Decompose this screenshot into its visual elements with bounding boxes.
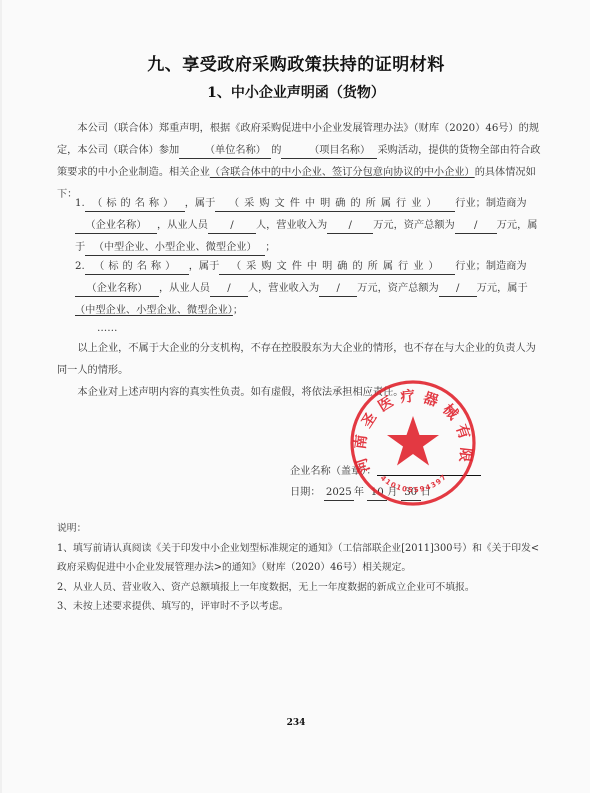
company-blank: （企业名称） — [75, 282, 159, 297]
page-subtitle: 1、中小企业声明函（货物） — [2, 82, 590, 102]
assets-blank: / — [455, 219, 497, 234]
revenue-blank: / — [319, 282, 357, 297]
industry-suffix: 行业；制造商为 — [455, 198, 526, 209]
star-icon — [387, 416, 439, 466]
revenue-blank: / — [327, 219, 373, 234]
size-blank: （中型企业、小型企业、微型企业） — [75, 305, 233, 316]
industry-blank: （采购文件中明确的所属行业） — [215, 197, 455, 212]
staff-unit: 人，营业收入为 — [256, 220, 327, 231]
industry-blank: （采购文件中明确的所属行业） — [219, 260, 455, 275]
note-item: 3、未按上述要求提供、填写的，评审时不予以考虑。 — [57, 597, 545, 617]
subject-blank: （标的名称） — [85, 197, 185, 212]
staff-unit: 人，营业收入为 — [248, 283, 319, 294]
item-index: 2. — [75, 261, 85, 272]
item-end: ； — [265, 242, 275, 253]
unit-name-blank: （单位名称） — [179, 144, 271, 159]
item-index: 1. — [75, 198, 85, 209]
related-enterprises: （含联合体中的中小企业、签订分包意向协议的中小企业） — [210, 167, 475, 178]
ellipsis: …… — [57, 318, 545, 340]
company-blank: （企业名称） — [75, 219, 157, 234]
belongs-label: ，属于 — [185, 198, 216, 209]
revenue-unit: 万元，资产总额为 — [373, 220, 455, 231]
declaration-paragraph-1: 以上企业，不属于大企业的分支机构，不存在控股股东为大企业的情形，也不存在与大企业… — [57, 338, 545, 382]
item-2: 2.（标的名称），属于（采购文件中明确的所属行业）行业；制造商为（企业名称），从… — [57, 256, 545, 322]
intro-of: 的 — [271, 145, 281, 156]
item-end: ； — [233, 305, 243, 316]
staff-blank: / — [210, 282, 248, 297]
project-name-blank: （项目名称） — [281, 144, 377, 159]
notes-section: 说明： 1、填写前请认真阅读《关于印发中小企业划型标准规定的通知》（工信部联企业… — [57, 519, 545, 617]
notes-heading: 说明： — [57, 519, 545, 539]
document-page: 九、享受政府采购政策扶持的证明材料 1、中小企业声明函（货物） 本公司（联合体）… — [2, 0, 590, 793]
size-blank: （中型企业、小型企业、微型企业） — [85, 241, 265, 256]
page-number: 234 — [2, 718, 590, 728]
staff-blank: / — [208, 219, 256, 234]
revenue-unit: 万元，资产总额为 — [357, 283, 439, 294]
industry-suffix: 行业；制造商为 — [455, 261, 526, 272]
item-1: 1.（标的名称），属于（采购文件中明确的所属行业）行业；制造商为（企业名称），从… — [57, 193, 545, 259]
assets-unit: 万元，属于 — [477, 283, 528, 294]
belongs-label: ，属于 — [189, 261, 220, 272]
note-item: 1、填写前请认真阅读《关于印发中小企业划型标准规定的通知》（工信部联企业[201… — [57, 539, 545, 578]
company-seal-stamp: 河南圣医疗器械有限公司 4101055943970 — [348, 378, 478, 508]
staff-label: ，从业人员 — [159, 283, 210, 294]
subject-blank: （标的名称） — [85, 260, 189, 275]
page-title: 九、享受政府采购政策扶持的证明材料 — [2, 50, 590, 75]
note-item: 2、从业人员、营业收入、资产总额填报上一年度数据，无上一年度数据的新成立企业可不… — [57, 578, 545, 598]
date-label: 日期： — [290, 487, 321, 498]
staff-label: ，从业人员 — [157, 220, 208, 231]
assets-blank: / — [439, 282, 477, 297]
